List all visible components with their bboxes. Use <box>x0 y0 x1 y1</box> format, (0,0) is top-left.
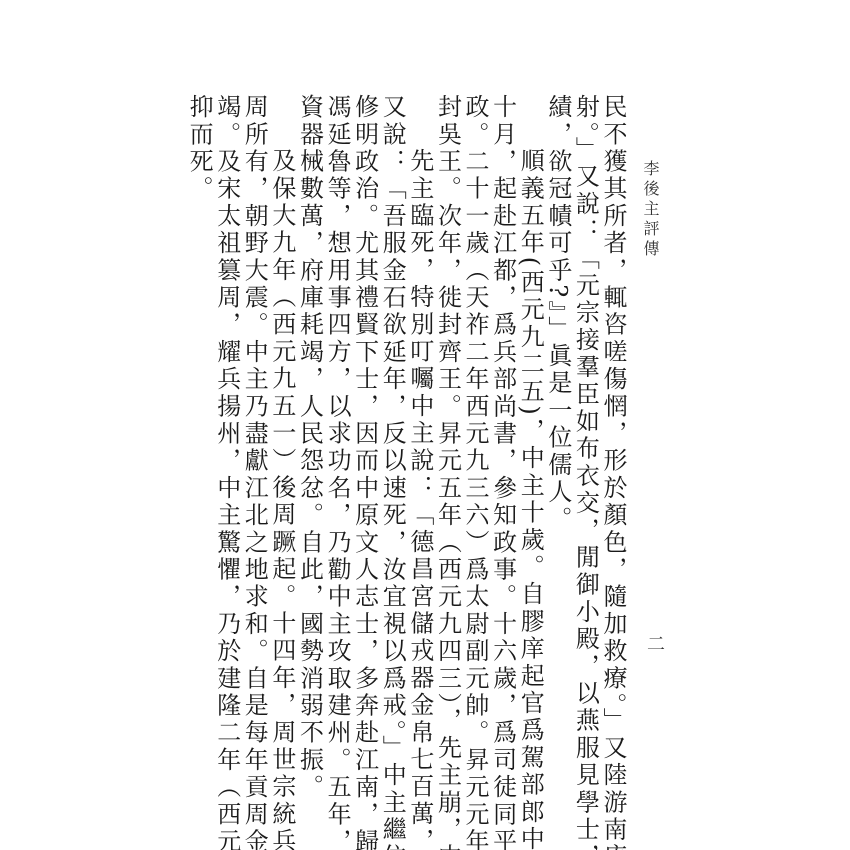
text-column: 射。」又說：「元宗接羣臣如布衣交，閒御小殿，以燕服見學士，必先遣中使謝曰：『小疾… <box>571 94 599 794</box>
text-column: 十月，起赴江都，爲兵部尚書，參知政事。十六歲，爲司徒同平章事，知中外左右諸軍事，… <box>488 94 516 794</box>
text-column: 竭。及宋太祖篡周，耀兵揚州，中主驚懼，乃於建隆二年（西元九六一）二月，遷都洪州。… <box>212 94 240 794</box>
text-column-paragraph-start: 及保大九年（西元九五一）後周蹶起。十四年，周世宗統兵南侵，圍壽州，破滁州，淮南大… <box>267 94 295 794</box>
text-column: 抑而死。 <box>185 94 213 794</box>
body-text: 民不獲其所者，輒咨嗟傷惘，形於顏色，隨加救療。」又陸游南唐書說：「多才藝，好讀書… <box>185 94 627 794</box>
text-column: 修明政治。尤其禮賢下士，因而中原文人志士，多奔赴江南，歸附南唐。但至保大三年，由… <box>350 94 378 794</box>
running-head: 李後主評傳 <box>641 160 659 260</box>
page-number: 二 <box>641 634 667 652</box>
text-column-paragraph-start: 順義五年(西元九二五)，中主十歲。自膠庠起官爲駕部郎中，十五歲在廬山瀑布前，築讀… <box>516 94 544 794</box>
text-column: 資器械數萬，府庫耗竭，人民怨忿。自此，國勢消弱不振。 <box>295 94 323 794</box>
book-page: 李後主評傳 二 民不獲其所者，輒咨嗟傷惘，形於顏色，隨加救療。」又陸游南唐書說：… <box>0 0 850 850</box>
text-column: 政。二十一歲（天祚二年西元九三六）爲太尉副元帥。昇元元年，先主受吳禪。中主爲太尉… <box>460 94 488 794</box>
text-column: 馮延魯等，想用事四方，以求功名，乃勸中主攻取建州。五年，又攻福州，大敗。死傷二萬… <box>322 94 350 794</box>
text-column: 又說：「吾服金石欲延年，反以速死，汝宜視以爲戒。」中主繼位初年，尙能奉守遺訓，敦… <box>378 94 406 794</box>
text-column-paragraph-start: 先主臨死，特別叮囑中主說：「德昌宮儲戎器金帛七百萬，汝守成業，宜善交鄰國，以保社… <box>405 94 433 794</box>
text-column: 民不獲其所者，輒咨嗟傷惘，形於顏色，隨加救療。」又陸游南唐書說：「多才藝，好讀書… <box>598 94 626 794</box>
text-column: 封吳王。次年，徙封齊王。昇元五年（西元九四三），先主崩，中主繼位，改元保大，時年… <box>433 94 461 794</box>
text-column: 周所有，朝野大震。中主乃盡獻江北之地求和。自是每年貢周金銀、錦帛、茶米，牛酒無算… <box>240 94 268 794</box>
text-column: 績，欲冠幘可乎?』」眞是一位儒人。 <box>543 94 571 794</box>
